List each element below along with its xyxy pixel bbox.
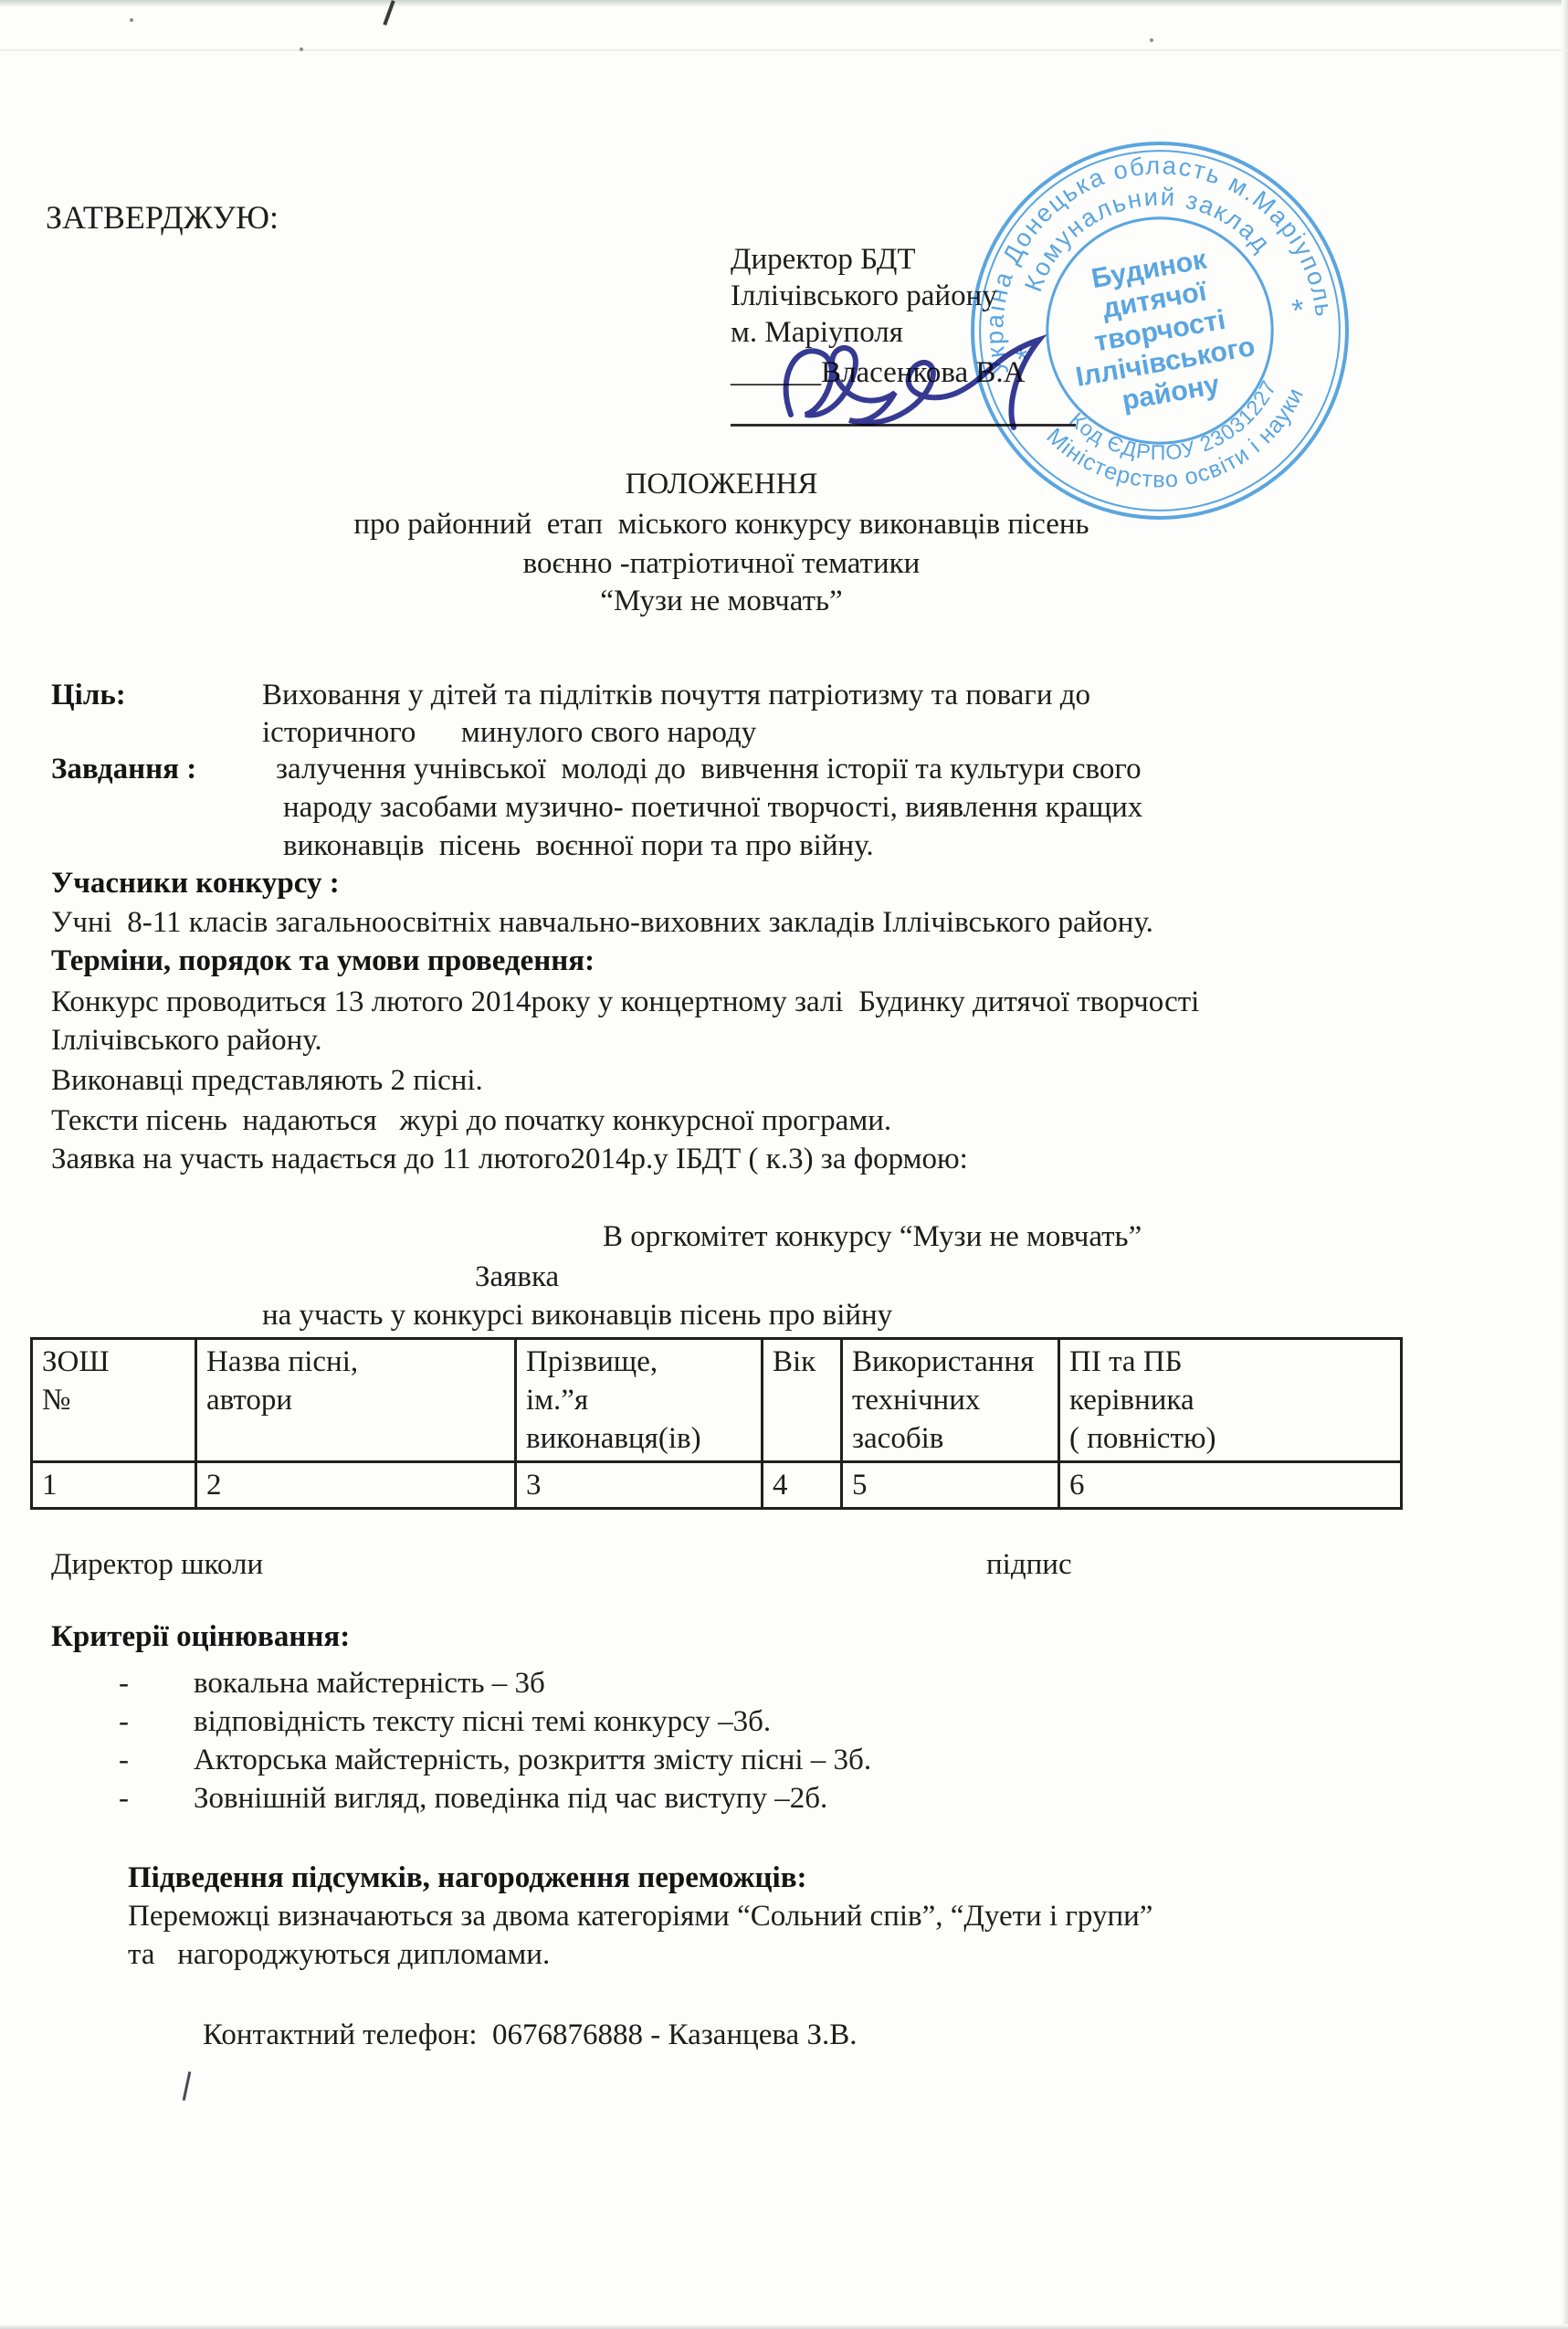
terms-text-2: Іллічівського району. <box>51 1022 322 1059</box>
bullet-dash: - <box>119 1665 129 1702</box>
bullet-dash: - <box>119 1703 129 1740</box>
task-text-2: народу засобами музично- поетичної творч… <box>283 789 1142 826</box>
scan-line <box>0 49 1568 51</box>
participants-text: Учні 8-11 класів загальноосвітніх навчал… <box>51 904 1153 941</box>
scan-edge-bottom <box>0 2324 1568 2329</box>
table-row: 1 2 3 4 5 6 <box>32 1462 1402 1509</box>
results-heading: Підведення підсумків, нагородження перем… <box>128 1860 807 1896</box>
doc-title-line4: “Музи не мовчать” <box>91 583 1352 619</box>
scan-artifact <box>383 0 395 26</box>
goal-text-2: історичного минулого свого народу <box>262 714 756 751</box>
scan-speck <box>1150 38 1153 42</box>
director-district: Іллічівського району <box>731 278 997 314</box>
signature-label: підпис <box>986 1546 1072 1583</box>
col-leader-name: ПІ та ПБ керівника ( повністю) <box>1059 1339 1402 1462</box>
bullet-dash: - <box>119 1780 129 1817</box>
cell-6: 6 <box>1059 1462 1402 1509</box>
approve-label: ЗАТВЕРДЖУЮ: <box>46 199 279 236</box>
application-heading: Заявка <box>475 1259 559 1295</box>
terms-text-1: Конкурс проводиться 13 лютого 2014року у… <box>51 984 1199 1020</box>
criteria-item: Зовнішній вигляд, поведінка під час вист… <box>194 1780 827 1817</box>
table-header-row: ЗОШ № Назва пісні, автори Прізвище, ім.”… <box>32 1339 1402 1462</box>
goal-label: Ціль: <box>51 677 126 713</box>
terms-heading: Терміни, порядок та умови проведення: <box>51 943 595 979</box>
task-label: Завдання : <box>51 751 196 787</box>
terms-text-3: Виконавці представляють 2 пісні. <box>51 1062 483 1099</box>
scan-edge-right <box>1562 0 1568 2329</box>
col-performer-name: Прізвище, ім.”я виконавця(ів) <box>516 1339 763 1462</box>
scan-speck <box>130 18 133 22</box>
results-text-2: та нагороджуються дипломами. <box>128 1936 550 1973</box>
scan-edge-top <box>0 0 1568 7</box>
doc-title-line3: воєнно -патріотичної тематики <box>91 545 1352 582</box>
col-school-number: ЗОШ № <box>32 1339 196 1462</box>
task-text-1: залучення учнівської молоді до вивчення … <box>276 751 1142 787</box>
cell-4: 4 <box>763 1462 842 1509</box>
doc-title-line2: про районний етап міського конкурсу вико… <box>91 506 1352 543</box>
application-addressee: В оргкомітет конкурсу “Музи не мовчать” <box>603 1218 1142 1255</box>
cell-1: 1 <box>32 1462 196 1509</box>
application-subheading: на участь у конкурсі виконавців пісень п… <box>262 1297 892 1333</box>
participants-heading: Учасники конкурсу : <box>51 865 340 901</box>
cell-5: 5 <box>842 1462 1059 1509</box>
stamp-star-left: * <box>1014 342 1032 378</box>
cell-2: 2 <box>196 1462 516 1509</box>
results-text-1: Переможці визначаються за двома категорі… <box>128 1898 1152 1934</box>
director-title: Директор БДТ <box>731 241 916 278</box>
col-technical-means: Використання технічних засобів <box>842 1339 1059 1462</box>
criteria-item: відповідність тексту пісні темі конкурсу… <box>194 1703 771 1740</box>
bullet-dash: - <box>119 1742 129 1778</box>
criteria-heading: Критерії оцінювання: <box>51 1618 350 1655</box>
document-page: ЗАТВЕРДЖУЮ: Директор БДТ Іллічівського р… <box>0 0 1568 2329</box>
school-director-label: Директор школи <box>51 1546 263 1583</box>
contact-phone: Контактний телефон: 0676876888 - Казанце… <box>203 2017 858 2053</box>
task-text-3: виконавців пісень воєнної пори та про ві… <box>283 827 874 864</box>
cell-3: 3 <box>516 1462 763 1509</box>
terms-text-5: Заявка на участь надається до 11 лютого2… <box>51 1141 968 1177</box>
criteria-item: вокальна майстерність – 3б <box>194 1665 545 1702</box>
doc-title: ПОЛОЖЕННЯ <box>91 466 1352 502</box>
criteria-item: Акторська майстерність, розкриття змісту… <box>194 1742 871 1778</box>
col-song-authors: Назва пісні, автори <box>196 1339 516 1462</box>
application-form-table: ЗОШ № Назва пісні, автори Прізвище, ім.”… <box>30 1337 1403 1510</box>
goal-text-1: Виховання у дітей та підлітків почуття п… <box>262 677 1090 713</box>
col-age: Вік <box>763 1339 842 1462</box>
stamp-star-right: * <box>1289 293 1308 330</box>
scan-speck <box>300 47 303 51</box>
scan-artifact <box>183 2071 192 2101</box>
terms-text-4: Тексти пісень надаються журі до початку … <box>51 1102 891 1139</box>
